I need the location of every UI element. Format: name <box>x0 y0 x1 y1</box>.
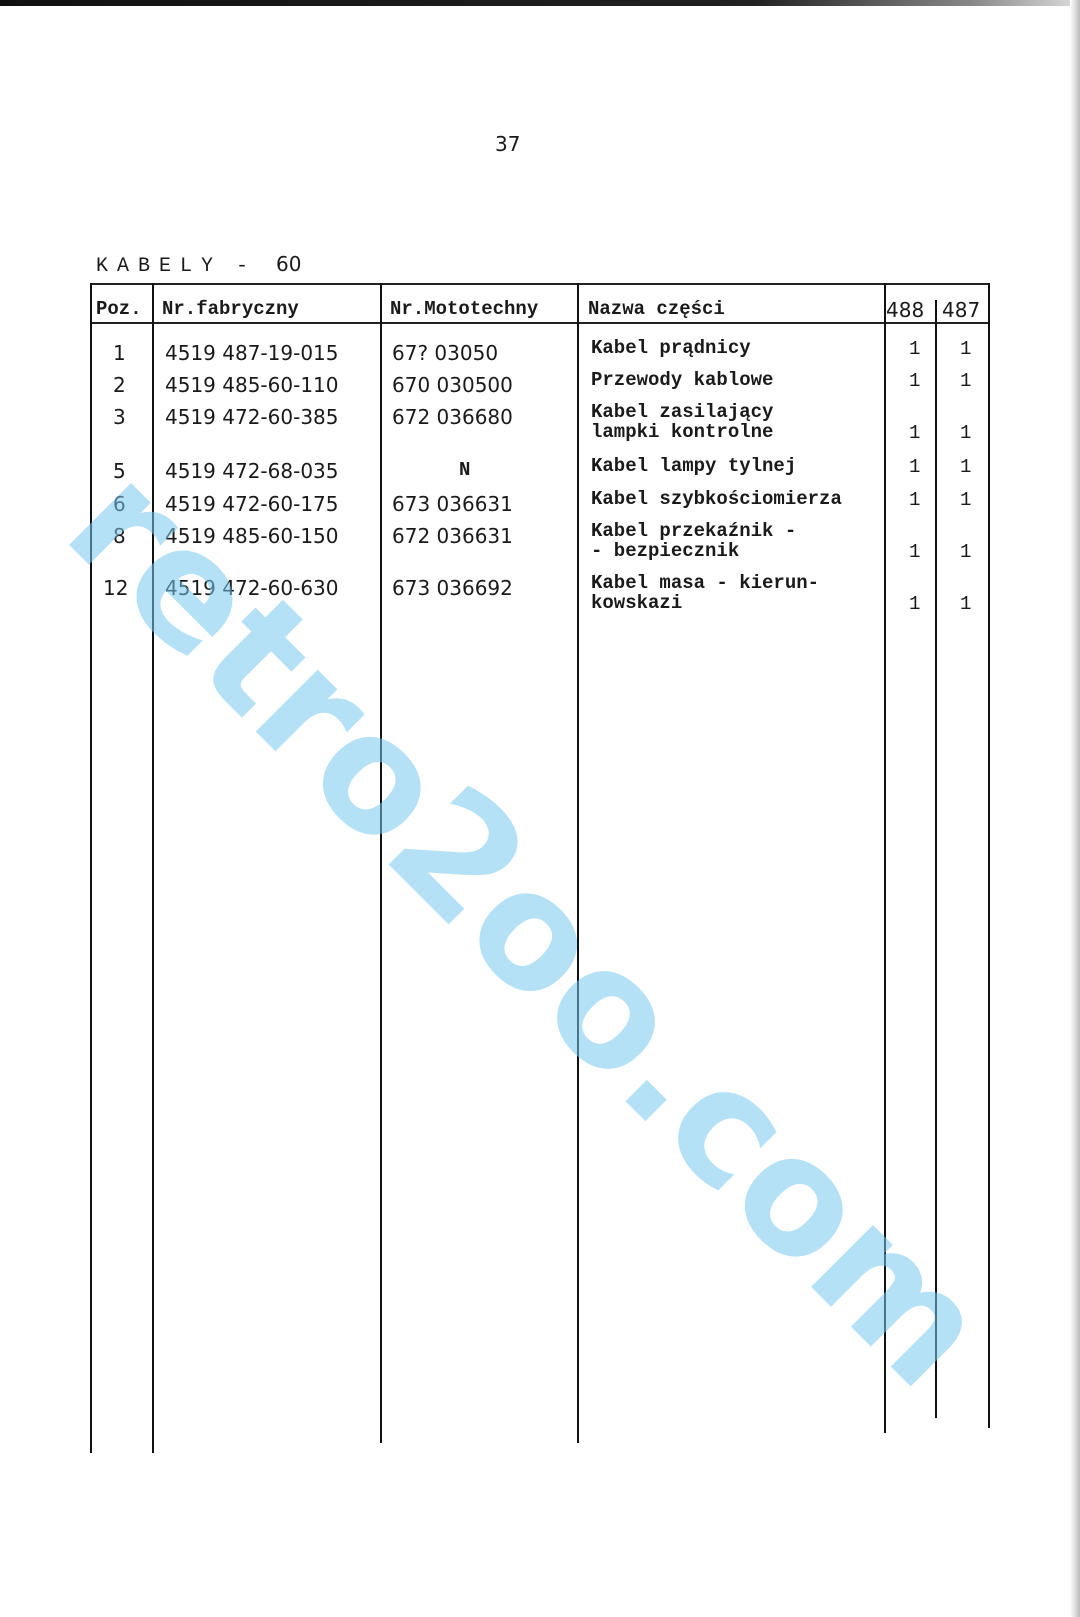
page-number: 37 <box>495 132 520 156</box>
cell-mototechna-no: N <box>459 460 470 480</box>
cell-factory-no: 4519 472-60-175 <box>165 493 339 515</box>
cell-qty-488: 1 <box>909 541 920 563</box>
cell-qty-487: 1 <box>960 541 971 563</box>
cell-factory-no: 4519 472-68-035 <box>165 460 339 482</box>
cell-qty-488: 1 <box>909 370 920 392</box>
section-title: KABELY-60 <box>96 252 301 278</box>
cell-pos: 5 <box>113 460 126 482</box>
cell-pos: 8 <box>113 525 126 547</box>
column-divider <box>935 300 937 1418</box>
cell-factory-no: 4519 472-60-385 <box>165 406 339 428</box>
header-mototechna-no: Nr.Mototechny <box>390 298 538 320</box>
cell-pos: 12 <box>103 577 128 599</box>
column-divider <box>577 283 579 1443</box>
header-part-name: Nazwa części <box>588 298 725 320</box>
cell-part-name: Kabel zasilający lampki kontrolne <box>591 402 773 442</box>
cell-pos: 2 <box>113 374 126 396</box>
cell-mototechna-no: 672 036680 <box>392 406 513 428</box>
cell-part-name: Kabel masa - kierun- kowskazi <box>591 573 819 613</box>
cell-qty-488: 1 <box>909 489 920 511</box>
cell-part-name: Kabel szybkościomierza <box>591 489 842 509</box>
cell-qty-487: 1 <box>960 593 971 615</box>
cell-qty-487: 1 <box>960 370 971 392</box>
table-top-border <box>90 283 988 285</box>
cell-mototechna-no: 67? 03050 <box>392 342 498 364</box>
cell-mototechna-no: 670 030500 <box>392 374 513 396</box>
cell-factory-no: 4519 485-60-110 <box>165 374 339 396</box>
scan-right-edge <box>1070 0 1080 1617</box>
cell-factory-no: 4519 487-19-015 <box>165 342 339 364</box>
column-divider <box>90 283 92 1453</box>
cell-pos: 6 <box>113 493 126 515</box>
cell-pos: 3 <box>113 406 126 428</box>
cell-qty-487: 1 <box>960 422 971 444</box>
column-divider <box>380 283 382 1443</box>
cell-qty-488: 1 <box>909 593 920 615</box>
cell-qty-487: 1 <box>960 489 971 511</box>
cell-factory-no: 4519 472-60-630 <box>165 577 339 599</box>
cell-pos: 1 <box>113 342 126 364</box>
cell-qty-488: 1 <box>909 456 920 478</box>
header-bottom-border <box>90 322 988 324</box>
cell-part-name: Kabel lampy tylnej <box>591 456 796 476</box>
cell-part-name: Kabel prądnicy <box>591 338 751 358</box>
cell-mototechna-no: 673 036631 <box>392 493 513 515</box>
cell-factory-no: 4519 485-60-150 <box>165 525 339 547</box>
cell-qty-487: 1 <box>960 456 971 478</box>
cell-mototechna-no: 672 036631 <box>392 525 513 547</box>
header-qty-488: 488 <box>886 298 924 322</box>
section-title-letters: KABELY <box>96 255 222 278</box>
cell-qty-487: 1 <box>960 338 971 360</box>
header-pos: Poz. <box>96 298 142 320</box>
cell-part-name: Przewody kablowe <box>591 370 773 390</box>
scan-top-edge <box>0 0 1080 6</box>
cell-qty-488: 1 <box>909 422 920 444</box>
cell-mototechna-no: 673 036692 <box>392 577 513 599</box>
cell-part-name: Kabel przekaźnik - - bezpiecznik <box>591 521 796 561</box>
column-divider <box>152 283 154 1453</box>
header-factory-no: Nr.fabryczny <box>162 298 299 320</box>
column-divider <box>884 283 886 1433</box>
cell-qty-488: 1 <box>909 338 920 360</box>
column-divider <box>988 283 990 1428</box>
header-qty-487: 487 <box>942 298 980 322</box>
